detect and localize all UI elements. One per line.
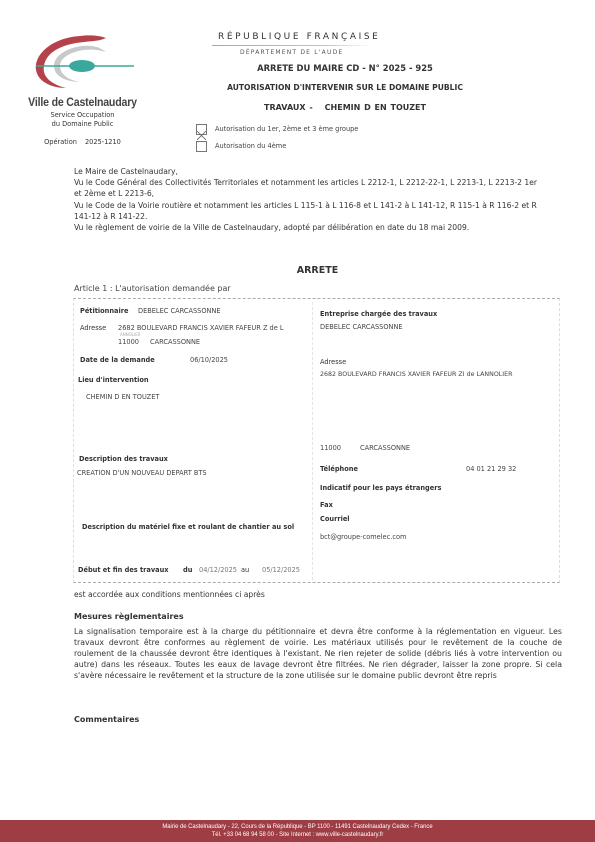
mesures-text: La signalisation temporaire est à la cha… xyxy=(74,626,562,681)
preamble-line: Vu le Code de la Voirie routière et nota… xyxy=(74,200,544,222)
date-demande-label: Date de la demande xyxy=(80,356,155,364)
checkbox-label-groupe-1-2-3: Autorisation du 1er, 2ème et 3 ème group… xyxy=(215,125,358,133)
operation-value: 2025-1210 xyxy=(85,138,121,146)
article-1: Article 1 : L'autorisation demandée par xyxy=(74,284,231,293)
departement: DÉPARTEMENT DE L'AUDE xyxy=(240,49,343,56)
adresse-label: Adresse xyxy=(80,324,106,332)
materiel-label: Description du matériel fixe et roulant … xyxy=(82,523,294,531)
operation-label: Opération xyxy=(44,138,77,146)
castelnaudary-logo-icon xyxy=(22,32,142,92)
preamble: Le Maire de Castelnaudary, Vu le Code Gé… xyxy=(74,166,544,233)
debut-fin-label: Début et fin des travaux xyxy=(78,566,169,574)
service-line-2: du Domaine Public xyxy=(20,120,145,129)
travaux-title: TRAVAUX -CHEMIN D EN TOUZET xyxy=(200,103,490,112)
entreprise-cp: 11000 xyxy=(320,444,341,452)
entreprise-adresse-value: 2682 BOULEVARD FRANCIS XAVIER FAFEUR ZI … xyxy=(320,371,513,378)
petitionnaire-label: Pétitionnaire xyxy=(80,307,128,315)
footer-contact: Tél. +33 04 68 94 58 00 - Site Internet … xyxy=(15,831,580,839)
telephone-label: Téléphone xyxy=(320,465,358,473)
lieu-value: CHEMIN D EN TOUZET xyxy=(86,393,159,401)
service-line-1: Service Occupation xyxy=(20,111,145,120)
checkbox-groupe-1-2-3[interactable] xyxy=(196,124,207,135)
entreprise-adresse-label: Adresse xyxy=(320,358,346,366)
checkbox-groupe-4[interactable] xyxy=(196,141,207,152)
adresse-overflow: ANNOLIER xyxy=(120,332,141,337)
commentaires-title: Commentaires xyxy=(74,715,139,724)
accorde-text: est accordée aux conditions mentionnées … xyxy=(74,590,265,599)
city-name: Ville de Castelnaudary xyxy=(25,97,140,109)
republique-francaise: RÉPUBLIQUE FRANÇAISE xyxy=(218,32,380,42)
travaux-location: CHEMIN D EN TOUZET xyxy=(325,103,426,112)
preamble-line: Vu le règlement de voirie de la Ville de… xyxy=(74,222,544,233)
preamble-line: Le Maire de Castelnaudary, xyxy=(74,166,544,177)
autorisation-title: AUTORISATION D'INTERVENIR SUR LE DOMAINE… xyxy=(200,83,490,92)
entreprise-value: DEBELEC CARCASSONNE xyxy=(320,323,403,331)
code-postal: 11000 xyxy=(118,338,139,346)
description-value: CREATION D'UN NOUVEAU DEPART BTS xyxy=(77,469,207,477)
entreprise-ville: CARCASSONNE xyxy=(360,444,410,452)
operation-number: Opération2025-1210 xyxy=(20,138,145,146)
arrete-title: ARRETE xyxy=(0,265,595,276)
courriel-value[interactable]: bct@groupe-comelec.com xyxy=(320,533,406,541)
date-demande-value: 06/10/2025 xyxy=(190,356,228,364)
adresse-value: 2682 BOULEVARD FRANCIS XAVIER FAFEUR Z d… xyxy=(118,324,284,332)
entreprise-label: Entreprise chargée des travaux xyxy=(320,310,437,318)
arrete-number: ARRETE DU MAIRE CD - N° 2025 - 925 xyxy=(200,63,490,73)
travaux-label: TRAVAUX - xyxy=(264,103,313,112)
mesures-title: Mesures règlementaires xyxy=(74,612,184,621)
au-label: au xyxy=(241,566,249,574)
telephone-value: 04 01 21 29 32 xyxy=(466,465,516,473)
checkmark-x-icon xyxy=(197,131,206,140)
service-name: Service Occupation du Domaine Public xyxy=(20,111,145,129)
preamble-line: Vu le Code Général des Collectivités Ter… xyxy=(74,177,544,199)
form-box xyxy=(73,298,560,583)
date-debut: 04/12/2025 xyxy=(199,566,237,574)
date-fin: 05/12/2025 xyxy=(262,566,300,574)
ville: CARCASSONNE xyxy=(150,338,200,346)
du-label: du xyxy=(183,566,192,574)
fax-label: Fax xyxy=(320,501,333,509)
indicatif-label: Indicatif pour les pays étrangers xyxy=(320,484,441,492)
footer: Mairie de Castelnaudary - 22, Cours de l… xyxy=(0,820,595,842)
petitionnaire-value: DEBELEC CARCASSONNE xyxy=(138,307,221,315)
footer-address: Mairie de Castelnaudary - 22, Cours de l… xyxy=(15,823,580,831)
checkbox-label-groupe-4: Autorisation du 4ème xyxy=(215,142,286,150)
lieu-label: Lieu d'intervention xyxy=(78,376,149,384)
form-column-divider xyxy=(312,302,313,580)
courriel-label: Courriel xyxy=(320,515,350,523)
description-label: Description des travaux xyxy=(79,455,168,463)
header-divider xyxy=(212,45,372,46)
